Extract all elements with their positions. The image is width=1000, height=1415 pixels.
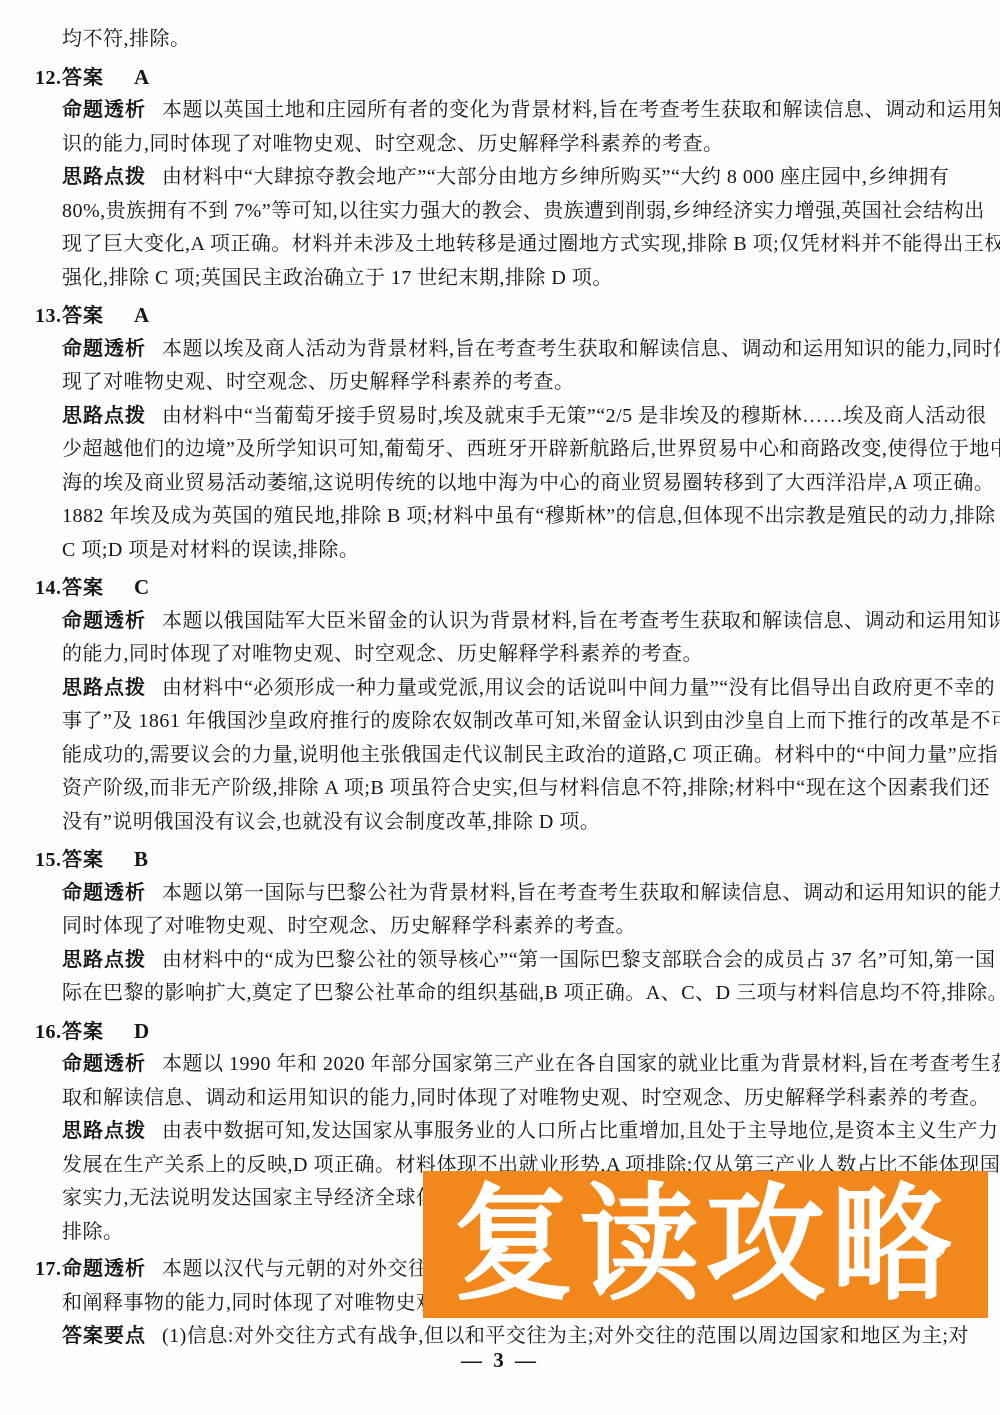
line-text: 和阐释事物的能力,同时体现了对唯物史观、 [62, 1292, 457, 1314]
paragraph-label: 答案 [62, 1021, 104, 1043]
text-line: 识的能力,同时体现了对唯物史观、时空观念、历史解释学科素养的考查。 [35, 128, 975, 162]
line-text: 均不符,排除。 [62, 28, 191, 50]
text-line: 没有”说明俄国没有议会,也就没有议会制度改革,排除 D 项。 [35, 806, 975, 840]
paragraph-label: 答案要点 [62, 1325, 146, 1347]
text-line: 均不符,排除。 [35, 23, 975, 57]
text-line: 强化,排除 C 项;英国民主政治确立于 17 世纪末期,排除 D 项。 [35, 262, 975, 296]
page-number: — 3 — [0, 1348, 1000, 1373]
text-line: 能成功的,需要议会的力量,说明他主张俄国走代议制民主政治的道路,C 项正确。材料… [35, 739, 975, 773]
paragraph-label: 命题透析 [62, 99, 146, 121]
item-number: 14. [35, 572, 62, 606]
line-text: 由材料中“大肆掠夺教会地产”“大部分由地方乡绅所购买”“大约 8 000 座庄园… [162, 166, 949, 188]
item-number: 15. [35, 844, 62, 878]
item-line: 15.答案B [35, 843, 975, 877]
line-text: 际在巴黎的影响扩大,奠定了巴黎公社革命的组织基础,B 项正确。A、C、D 三项与… [62, 982, 1000, 1004]
item-number: 16. [35, 1016, 62, 1050]
line-text: 事了”及 1861 年俄国沙皇政府推行的废除农奴制改革可知,米留金认识到由沙皇自… [62, 710, 1000, 732]
paragraph-label: 答案 [62, 577, 104, 599]
line-text: 本题以汉代与元朝的对外交往为 [162, 1258, 449, 1280]
line-text: 排除。 [62, 1221, 124, 1243]
paragraph-label: 答案 [62, 67, 104, 89]
text-line: 命题透析本题以第一国际与巴黎公社为背景材料,旨在考查考生获取和解读信息、调动和运… [35, 877, 975, 911]
line-text: 的能力,同时体现了对唯物史观、时空观念、历史解释学科素养的考查。 [62, 643, 703, 665]
text-line: 的能力,同时体现了对唯物史观、时空观念、历史解释学科素养的考查。 [35, 638, 975, 672]
text-line: 思路点拨由材料中的“成为巴黎公社的领导核心”“第一国际巴黎支部联合会的成员占 3… [35, 944, 975, 978]
line-text: 由表中数据可知,发达国家从事服务业的人口所占比重增加,且处于主导地位,是资本主义… [162, 1120, 999, 1142]
text-line: 取和解读信息、调动和运用知识的能力,同时体现了对唯物史观、时空观念、历史解释学科… [35, 1082, 975, 1116]
answer-letter: C [134, 575, 150, 599]
paragraph-label: 命题透析 [62, 882, 146, 904]
line-text: 80%,贵族拥有不到 7%”等可知,以往实力强大的教会、贵族遭到削弱,乡绅经济实… [62, 200, 985, 222]
text-line: 命题透析本题以俄国陆军大臣米留金的认识为背景材料,旨在考查考生获取和解读信息、调… [35, 605, 975, 639]
line-text: 家实力,无法说明发达国家主导经济全球化进 [62, 1187, 457, 1209]
scanned-answer-page: 均不符,排除。12.答案A命题透析本题以英国土地和庄园所有者的变化为背景材料,旨… [0, 0, 1000, 1415]
text-line: 命题透析本题以英国土地和庄园所有者的变化为背景材料,旨在考查考生获取和解读信息、… [35, 94, 975, 128]
answer-letter: A [134, 65, 150, 89]
line-text: 能成功的,需要议会的力量,说明他主张俄国走代议制民主政治的道路,C 项正确。材料… [62, 744, 998, 766]
paragraph-label: 命题透析 [62, 610, 146, 632]
line-text: 本题以英国土地和庄园所有者的变化为背景材料,旨在考查考生获取和解读信息、调动和运… [162, 99, 1000, 121]
line-text: 识的能力,同时体现了对唯物史观、时空观念、历史解释学科素养的考查。 [62, 133, 724, 155]
item-line: 14.答案C [35, 571, 975, 605]
text-line: 思路点拨由材料中“大肆掠夺教会地产”“大部分由地方乡绅所购买”“大约 8 000… [35, 161, 975, 195]
line-text: 同时体现了对唯物史观、时空观念、历史解释学科素养的考查。 [62, 915, 636, 937]
item-number: 12. [35, 62, 62, 96]
item-number: 17. [35, 1253, 62, 1287]
text-line: 80%,贵族拥有不到 7%”等可知,以往实力强大的教会、贵族遭到削弱,乡绅经济实… [35, 195, 975, 229]
text-line: 际在巴黎的影响扩大,奠定了巴黎公社革命的组织基础,B 项正确。A、C、D 三项与… [35, 977, 975, 1011]
text-line: 命题透析本题以 1990 年和 2020 年部分国家第三产业在各自国家的就业比重… [35, 1048, 975, 1082]
paragraph-label: 命题透析 [62, 1258, 146, 1280]
answer-letter: B [134, 847, 149, 871]
document-lines: 均不符,排除。12.答案A命题透析本题以英国土地和庄园所有者的变化为背景材料,旨… [35, 23, 975, 1354]
item-line: 16.答案D [35, 1015, 975, 1049]
promo-banner-text: 复读攻略 [454, 1182, 958, 1308]
item-number: 13. [35, 300, 62, 334]
text-line: 现了对唯物史观、时空观念、历史解释学科素养的考查。 [35, 366, 975, 400]
line-text: 由材料中“当葡萄牙接手贸易时,埃及就束手无策”“2/5 是非埃及的穆斯林……埃及… [162, 405, 987, 427]
item-line: 12.答案A [35, 61, 975, 95]
paragraph-label: 思路点拨 [62, 949, 146, 971]
answer-letter: A [134, 303, 150, 327]
text-line: 思路点拨由材料中“必须形成一种力量或党派,用议会的话说叫中间力量”“没有比倡导出… [35, 672, 975, 706]
item-line: 13.答案A [35, 299, 975, 333]
line-text: 由材料中的“成为巴黎公社的领导核心”“第一国际巴黎支部联合会的成员占 37 名”… [162, 949, 996, 971]
line-text: 本题以第一国际与巴黎公社为背景材料,旨在考查考生获取和解读信息、调动和运用知识的… [162, 882, 1000, 904]
text-line: 同时体现了对唯物史观、时空观念、历史解释学科素养的考查。 [35, 910, 975, 944]
line-text: 没有”说明俄国没有议会,也就没有议会制度改革,排除 D 项。 [62, 811, 600, 833]
line-text: 由材料中“必须形成一种力量或党派,用议会的话说叫中间力量”“没有比倡导出自政府更… [162, 677, 995, 699]
line-text: 强化,排除 C 项;英国民主政治确立于 17 世纪末期,排除 D 项。 [62, 267, 613, 289]
promo-banner: 复读攻略 [423, 1171, 988, 1318]
paragraph-label: 命题透析 [62, 338, 146, 360]
text-line: 海的埃及商业贸易活动萎缩,这说明传统的以地中海为中心的商业贸易圈转移到了大西洋沿… [35, 467, 975, 501]
text-line: 命题透析本题以埃及商人活动为背景材料,旨在考查考生获取和解读信息、调动和运用知识… [35, 333, 975, 367]
line-text: C 项;D 项是对材料的误读,排除。 [62, 539, 359, 561]
line-text: 少超越他们的边境”及所学知识可知,葡萄牙、西班牙开辟新航路后,世界贸易中心和商路… [62, 438, 1000, 460]
text-line: 思路点拨由材料中“当葡萄牙接手贸易时,埃及就束手无策”“2/5 是非埃及的穆斯林… [35, 400, 975, 434]
text-line: 少超越他们的边境”及所学知识可知,葡萄牙、西班牙开辟新航路后,世界贸易中心和商路… [35, 433, 975, 467]
line-text: 取和解读信息、调动和运用知识的能力,同时体现了对唯物史观、时空观念、历史解释学科… [62, 1087, 990, 1109]
line-text: (1)信息:对外交往方式有战争,但以和平交往为主;对外交往的范围以周边国家和地区… [162, 1325, 969, 1347]
paragraph-label: 命题透析 [62, 1053, 146, 1075]
paragraph-label: 思路点拨 [62, 677, 146, 699]
line-text: 现了巨大变化,A 项正确。材料并未涉及土地转移是通过圈地方式实现,排除 B 项;… [62, 233, 1000, 255]
paragraph-label: 答案 [62, 849, 104, 871]
text-line: 现了巨大变化,A 项正确。材料并未涉及土地转移是通过圈地方式实现,排除 B 项;… [35, 228, 975, 262]
text-line: 事了”及 1861 年俄国沙皇政府推行的废除农奴制改革可知,米留金认识到由沙皇自… [35, 705, 975, 739]
line-text: 海的埃及商业贸易活动萎缩,这说明传统的以地中海为中心的商业贸易圈转移到了大西洋沿… [62, 472, 994, 494]
line-text: 现了对唯物史观、时空观念、历史解释学科素养的考查。 [62, 371, 575, 393]
paragraph-label: 思路点拨 [62, 405, 146, 427]
paragraph-label: 思路点拨 [62, 166, 146, 188]
line-text: 资产阶级,而非无产阶级,排除 A 项;B 项虽符合史实,但与材料信息不符,排除;… [62, 777, 990, 799]
paragraph-label: 思路点拨 [62, 1120, 146, 1142]
answer-letter: D [134, 1019, 150, 1043]
line-text: 本题以埃及商人活动为背景材料,旨在考查考生获取和解读信息、调动和运用知识的能力,… [162, 338, 1000, 360]
line-text: 本题以 1990 年和 2020 年部分国家第三产业在各自国家的就业比重为背景材… [162, 1053, 1000, 1075]
text-line: 思路点拨由表中数据可知,发达国家从事服务业的人口所占比重增加,且处于主导地位,是… [35, 1115, 975, 1149]
text-line: 资产阶级,而非无产阶级,排除 A 项;B 项虽符合史实,但与材料信息不符,排除;… [35, 772, 975, 806]
line-text: 本题以俄国陆军大臣米留金的认识为背景材料,旨在考查考生获取和解读信息、调动和运用… [162, 610, 1000, 632]
text-line: 1882 年埃及成为英国的殖民地,排除 B 项;材料中虽有“穆斯林”的信息,但体… [35, 500, 975, 534]
paragraph-label: 答案 [62, 305, 104, 327]
text-line: C 项;D 项是对材料的误读,排除。 [35, 534, 975, 568]
line-text: 1882 年埃及成为英国的殖民地,排除 B 项;材料中虽有“穆斯林”的信息,但体… [62, 505, 996, 527]
